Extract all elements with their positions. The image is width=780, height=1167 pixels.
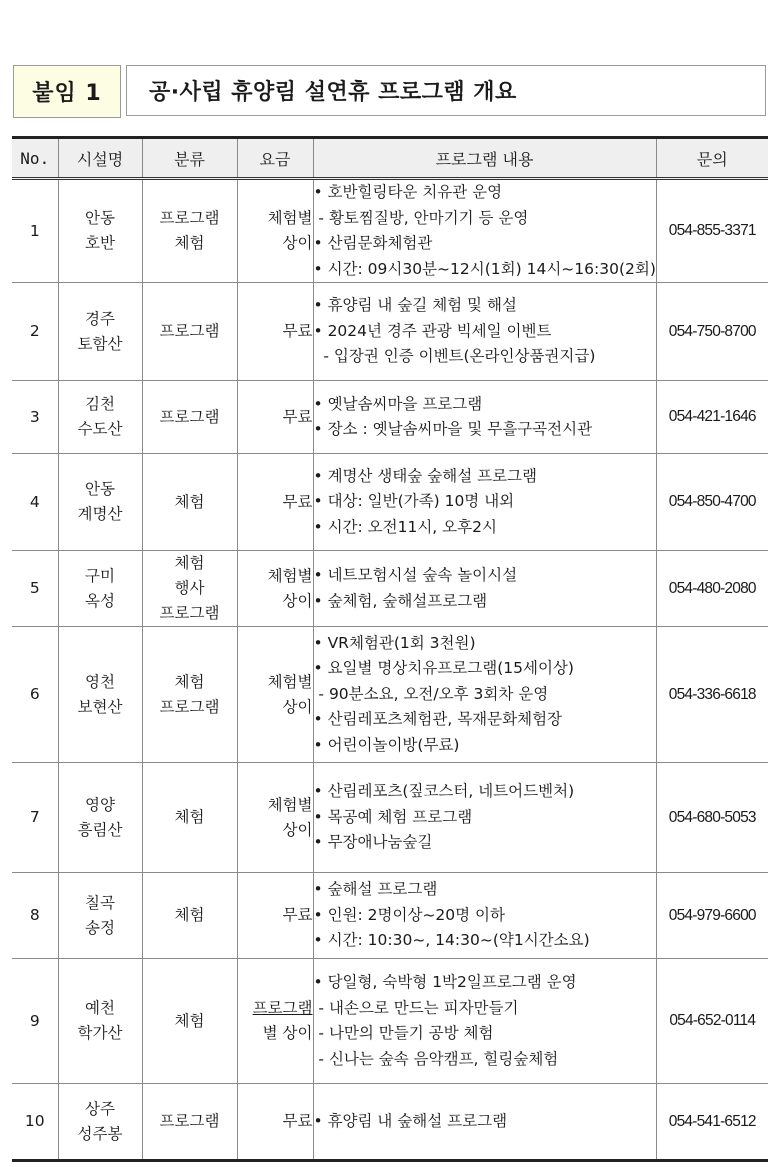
fee-line: 상이 — [238, 231, 313, 256]
contact-phone: 054-480-2080 — [656, 551, 768, 627]
program-overview-table: No. 시설명 분류 요금 프로그램 내용 문의 1안동호반프로그램체험체험별상… — [12, 136, 768, 1162]
table-row: 8칠곡송정체험무료• 숲해설 프로그램• 인원: 2명이상~20명 이하• 시간… — [12, 873, 768, 959]
program-content-line: • 산림레포츠(짚코스터, 네트어드벤처) — [314, 779, 656, 805]
table-row: 3김천수도산프로그램무료• 옛날솜씨마을 프로그램• 장소 : 옛날솜씨마을 및… — [12, 381, 768, 454]
fee: 무료 — [237, 283, 313, 381]
program-content-line: • 어린이놀이방(무료) — [314, 733, 656, 759]
row-number: 10 — [12, 1084, 58, 1161]
header-category: 분류 — [142, 138, 237, 179]
facility-name-line: 옥성 — [59, 589, 142, 614]
category: 프로그램 — [142, 381, 237, 454]
program-content-line: • 당일형, 숙박형 1박2일프로그램 운영 — [314, 970, 656, 996]
fee-line: 무료 — [238, 405, 313, 430]
program-content: • 숲해설 프로그램• 인원: 2명이상~20명 이하• 시간: 10:30~,… — [313, 873, 656, 959]
facility-name-line: 구미 — [59, 564, 142, 589]
facility-name-line: 토함산 — [59, 332, 142, 357]
program-content-line: - 내손으로 만드는 피자만들기 — [314, 996, 656, 1022]
fee-line: 무료 — [238, 903, 313, 928]
contact-phone: 054-336-6618 — [656, 627, 768, 763]
facility-name-line: 김천 — [59, 392, 142, 417]
facility-name-line: 안동 — [59, 206, 142, 231]
program-content-line: • 숲체험, 숲해설프로그램 — [314, 589, 656, 615]
contact-phone: 054-541-6512 — [656, 1084, 768, 1161]
program-content: • VR체험관(1회 3천원)• 요일별 명상치유프로그램(15세이상) - 9… — [313, 627, 656, 763]
fee-line: 별 상이 — [238, 1021, 313, 1046]
table-row: 5구미옥성체험행사프로그램체험별상이• 네트모험시설 숲속 놀이시설• 숲체험,… — [12, 551, 768, 627]
fee: 무료 — [237, 454, 313, 551]
program-content: • 산림레포츠(짚코스터, 네트어드벤처)• 목공예 체험 프로그램• 무장애나… — [313, 763, 656, 873]
facility-name-line: 학가산 — [59, 1021, 142, 1046]
facility-name: 김천수도산 — [58, 381, 142, 454]
program-content: • 호반힐링타운 치유관 운영 - 황토찜질방, 안마기기 등 운영• 산림문화… — [313, 179, 656, 283]
table-row: 1안동호반프로그램체험체험별상이• 호반힐링타운 치유관 운영 - 황토찜질방,… — [12, 179, 768, 283]
facility-name-line: 영양 — [59, 793, 142, 818]
facility-name-line: 호반 — [59, 231, 142, 256]
contact-phone: 054-421-1646 — [656, 381, 768, 454]
table-header-row: No. 시설명 분류 요금 프로그램 내용 문의 — [12, 138, 768, 179]
facility-name-line: 칠곡 — [59, 891, 142, 916]
program-content-line: - 입장권 인증 이벤트(온라인상품권지급) — [314, 344, 656, 370]
program-content-line: • 2024년 경주 관광 빅세일 이벤트 — [314, 319, 656, 345]
category: 체험 — [142, 454, 237, 551]
contact-phone: 054-680-5053 — [656, 763, 768, 873]
category-line: 프로그램 — [143, 405, 237, 430]
facility-name: 상주성주봉 — [58, 1084, 142, 1161]
category-line: 행사 — [143, 576, 237, 601]
program-content-line: • 인원: 2명이상~20명 이하 — [314, 903, 656, 929]
program-content-line: • 무장애나눔숲길 — [314, 830, 656, 856]
facility-name-line: 수도산 — [59, 417, 142, 442]
table-row: 10상주성주봉프로그램무료• 휴양림 내 숲해설 프로그램054-541-651… — [12, 1084, 768, 1161]
fee: 체험별상이 — [237, 763, 313, 873]
fee-line: 무료 — [238, 319, 313, 344]
fee-line: 상이 — [238, 589, 313, 614]
program-content: • 휴양림 내 숲해설 프로그램 — [313, 1084, 656, 1161]
row-number: 5 — [12, 551, 58, 627]
program-content-line: • 호반힐링타운 치유관 운영 — [314, 180, 656, 206]
category-line: 체험 — [143, 231, 237, 256]
row-number: 1 — [12, 179, 58, 283]
fee: 무료 — [237, 381, 313, 454]
category: 프로그램 — [142, 283, 237, 381]
program-content-line: • 숲해설 프로그램 — [314, 877, 656, 903]
contact-phone: 054-652-0114 — [656, 959, 768, 1084]
facility-name: 영천보현산 — [58, 627, 142, 763]
category-line: 체험 — [143, 490, 237, 515]
program-content: • 계명산 생태숲 숲해설 프로그램• 대상: 일반(가족) 10명 내외• 시… — [313, 454, 656, 551]
facility-name-line: 송정 — [59, 916, 142, 941]
fee-line: 체험별 — [238, 793, 313, 818]
fee-line: 체험별 — [238, 564, 313, 589]
facility-name-line: 영천 — [59, 670, 142, 695]
fee-line: 무료 — [238, 1109, 313, 1134]
row-number: 9 — [12, 959, 58, 1084]
title-bar: 붙임 1 공·사립 휴양림 설연휴 프로그램 개요 — [13, 65, 768, 118]
program-content-line: • 계명산 생태숲 숲해설 프로그램 — [314, 464, 656, 490]
fee-line: 상이 — [238, 818, 313, 843]
facility-name-line: 예천 — [59, 996, 142, 1021]
program-content-line: - 신나는 숲속 음악캠프, 힐링숲체험 — [314, 1047, 656, 1073]
program-content-line: • 휴양림 내 숲해설 프로그램 — [314, 1109, 656, 1135]
category: 체험 — [142, 959, 237, 1084]
facility-name-line: 경주 — [59, 307, 142, 332]
program-content-line: • 산림문화체험관 — [314, 231, 656, 257]
category-line: 프로그램 — [143, 601, 237, 626]
program-content-line: • 시간: 오전11시, 오후2시 — [314, 515, 656, 541]
program-content-line: • 목공예 체험 프로그램 — [314, 805, 656, 831]
fee: 체험별상이 — [237, 551, 313, 627]
fee-line: 체험별 — [238, 670, 313, 695]
header-no: No. — [12, 138, 58, 179]
category-line: 프로그램 — [143, 695, 237, 720]
program-content-line: • 네트모험시설 숲속 놀이시설 — [314, 563, 656, 589]
category-line: 체험 — [143, 903, 237, 928]
category: 체험행사프로그램 — [142, 551, 237, 627]
category-line: 프로그램 — [143, 319, 237, 344]
category: 체험프로그램 — [142, 627, 237, 763]
program-content-line: • 요일별 명상치유프로그램(15세이상) — [314, 656, 656, 682]
facility-name-line: 상주 — [59, 1097, 142, 1122]
row-number: 3 — [12, 381, 58, 454]
program-content-line: • 휴양림 내 숲길 체험 및 해설 — [314, 293, 656, 319]
table-row: 4안동계명산체험무료• 계명산 생태숲 숲해설 프로그램• 대상: 일반(가족)… — [12, 454, 768, 551]
program-content-line: • VR체험관(1회 3천원) — [314, 631, 656, 657]
category: 체험 — [142, 763, 237, 873]
row-number: 6 — [12, 627, 58, 763]
category: 프로그램체험 — [142, 179, 237, 283]
fee: 체험별상이 — [237, 627, 313, 763]
program-content-line: - 황토찜질방, 안마기기 등 운영 — [314, 206, 656, 232]
row-number: 4 — [12, 454, 58, 551]
fee-line: 프로그램 — [238, 996, 313, 1021]
category-line: 프로그램 — [143, 1109, 237, 1134]
contact-phone: 054-979-6600 — [656, 873, 768, 959]
program-content-line: • 시간: 09시30분~12시(1회) 14시~16:30(2회) — [314, 257, 656, 283]
fee: 체험별상이 — [237, 179, 313, 283]
facility-name: 칠곡송정 — [58, 873, 142, 959]
row-number: 8 — [12, 873, 58, 959]
category-line: 프로그램 — [143, 206, 237, 231]
header-fee: 요금 — [237, 138, 313, 179]
facility-name: 안동호반 — [58, 179, 142, 283]
table-row: 6영천보현산체험프로그램체험별상이• VR체험관(1회 3천원)• 요일별 명상… — [12, 627, 768, 763]
fee-line: 체험별 — [238, 206, 313, 231]
facility-name: 구미옥성 — [58, 551, 142, 627]
program-content-line: • 장소 : 옛날솜씨마을 및 무흘구곡전시관 — [314, 417, 656, 443]
facility-name-line: 보현산 — [59, 695, 142, 720]
row-number: 7 — [12, 763, 58, 873]
facility-name-line: 계명산 — [59, 502, 142, 527]
fee: 프로그램별 상이 — [237, 959, 313, 1084]
header-facility: 시설명 — [58, 138, 142, 179]
program-content-line: - 나만의 만들기 공방 체험 — [314, 1021, 656, 1047]
program-content: • 옛날솜씨마을 프로그램• 장소 : 옛날솜씨마을 및 무흘구곡전시관 — [313, 381, 656, 454]
program-content-line: • 대상: 일반(가족) 10명 내외 — [314, 489, 656, 515]
facility-name-line: 안동 — [59, 477, 142, 502]
facility-name: 영양흥림산 — [58, 763, 142, 873]
header-content: 프로그램 내용 — [313, 138, 656, 179]
category-line: 체험 — [143, 551, 237, 576]
facility-name-line: 성주봉 — [59, 1122, 142, 1147]
category-line: 체험 — [143, 670, 237, 695]
program-content-line: • 산림레포츠체험관, 목재문화체험장 — [314, 707, 656, 733]
facility-name: 경주토함산 — [58, 283, 142, 381]
program-content: • 휴양림 내 숲길 체험 및 해설• 2024년 경주 관광 빅세일 이벤트 … — [313, 283, 656, 381]
program-content-line: - 90분소요, 오전/오후 3회차 운영 — [314, 682, 656, 708]
fee: 무료 — [237, 1084, 313, 1161]
table-row: 7영양흥림산체험체험별상이• 산림레포츠(짚코스터, 네트어드벤처)• 목공예 … — [12, 763, 768, 873]
category-line: 체험 — [143, 805, 237, 830]
program-content: • 네트모험시설 숲속 놀이시설• 숲체험, 숲해설프로그램 — [313, 551, 656, 627]
attachment-label: 붙임 1 — [13, 65, 121, 118]
program-content: • 당일형, 숙박형 1박2일프로그램 운영 - 내손으로 만드는 피자만들기 … — [313, 959, 656, 1084]
facility-name: 예천학가산 — [58, 959, 142, 1084]
category: 체험 — [142, 873, 237, 959]
facility-name-line: 흥림산 — [59, 818, 142, 843]
facility-name: 안동계명산 — [58, 454, 142, 551]
fee: 무료 — [237, 873, 313, 959]
table-row: 2경주토함산프로그램무료• 휴양림 내 숲길 체험 및 해설• 2024년 경주… — [12, 283, 768, 381]
header-contact: 문의 — [656, 138, 768, 179]
document-title: 공·사립 휴양림 설연휴 프로그램 개요 — [126, 65, 766, 116]
contact-phone: 054-855-3371 — [656, 179, 768, 283]
program-content-line: • 옛날솜씨마을 프로그램 — [314, 392, 656, 418]
category-line: 체험 — [143, 1009, 237, 1034]
row-number: 2 — [12, 283, 58, 381]
table-row: 9예천학가산체험프로그램별 상이• 당일형, 숙박형 1박2일프로그램 운영 -… — [12, 959, 768, 1084]
fee-line: 무료 — [238, 490, 313, 515]
fee-line: 상이 — [238, 695, 313, 720]
program-content-line: • 시간: 10:30~, 14:30~(약1시간소요) — [314, 928, 656, 954]
category: 프로그램 — [142, 1084, 237, 1161]
contact-phone: 054-750-8700 — [656, 283, 768, 381]
contact-phone: 054-850-4700 — [656, 454, 768, 551]
